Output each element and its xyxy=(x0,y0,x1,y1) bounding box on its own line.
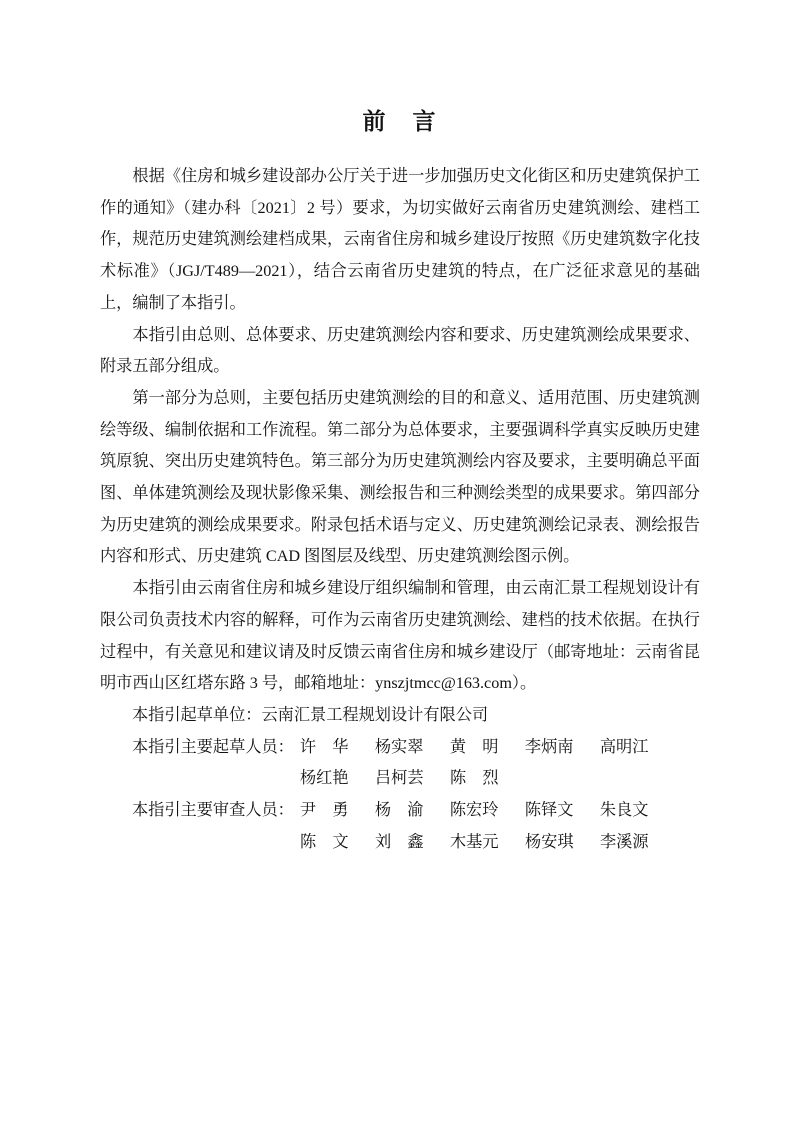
reviewer-name: 朱良文 xyxy=(600,795,649,827)
paragraph-management: 本指引由云南省住房和城乡建设厅组织编制和管理，由云南汇景工程规划设计有限公司负责… xyxy=(100,573,700,700)
drafter-name: 李炳南 xyxy=(525,732,600,764)
drafter-name: 杨红艳 xyxy=(300,763,375,795)
drafter-name: 杨实翠 xyxy=(375,732,450,764)
drafting-unit-name: 云南汇景工程规划设计有限公司 xyxy=(262,700,489,732)
drafting-unit-line: 本指引起草单位： 云南汇景工程规划设计有限公司 xyxy=(100,700,700,732)
document-page: 前 言 根据《住房和城乡建设部办公厅关于进一步加强历史文化街区和历史建筑保护工作… xyxy=(0,0,800,1132)
reviewers-row-2: 陈 文 刘 鑫 木基元 杨安琪 李溪源 xyxy=(300,827,649,859)
reviewer-name: 杨 渝 xyxy=(375,795,450,827)
reviewers-row-1: 尹 勇 杨 渝 陈宏玲 陈铎文 朱良文 xyxy=(300,795,649,827)
drafter-name: 高明江 xyxy=(600,732,649,764)
drafters-row-1: 许 华 杨实翠 黄 明 李炳南 高明江 xyxy=(300,732,649,764)
page-title: 前 言 xyxy=(100,103,700,136)
drafter-name: 陈 烈 xyxy=(450,763,499,795)
reviewers-continuation-line: 陈 文 刘 鑫 木基元 杨安琪 李溪源 xyxy=(100,827,700,859)
reviewer-name: 陈 文 xyxy=(300,827,375,859)
reviewer-name: 陈宏玲 xyxy=(450,795,525,827)
drafters-row-2: 杨红艳 吕柯芸 陈 烈 xyxy=(300,763,499,795)
reviewer-name: 李溪源 xyxy=(600,827,649,859)
drafter-name: 许 华 xyxy=(300,732,375,764)
drafter-name: 黄 明 xyxy=(450,732,525,764)
reviewer-name: 杨安琪 xyxy=(525,827,600,859)
reviewer-name: 尹 勇 xyxy=(300,795,375,827)
drafters-continuation-line: 杨红艳 吕柯芸 陈 烈 xyxy=(100,763,700,795)
credits-section: 本指引起草单位： 云南汇景工程规划设计有限公司 本指引主要起草人员： 许 华 杨… xyxy=(100,700,700,859)
page-content: 前 言 根据《住房和城乡建设部办公厅关于进一步加强历史文化街区和历史建筑保护工作… xyxy=(100,0,700,858)
drafters-label: 本指引主要起草人员： xyxy=(132,732,294,764)
paragraph-composition: 本指引由总则、总体要求、历史建筑测绘内容和要求、历史建筑测绘成果要求、附录五部分… xyxy=(100,320,700,383)
reviewer-name: 陈铎文 xyxy=(525,795,600,827)
drafter-name: 吕柯芸 xyxy=(375,763,450,795)
paragraph-sections: 第一部分为总则，主要包括历史建筑测绘的目的和意义、适用范围、历史建筑测绘等级、编… xyxy=(100,383,700,573)
reviewers-line: 本指引主要审查人员： 尹 勇 杨 渝 陈宏玲 陈铎文 朱良文 xyxy=(100,795,700,827)
reviewers-label: 本指引主要审查人员： xyxy=(132,795,294,827)
reviewer-name: 木基元 xyxy=(450,827,525,859)
drafters-line: 本指引主要起草人员： 许 华 杨实翠 黄 明 李炳南 高明江 xyxy=(100,732,700,764)
reviewer-name: 刘 鑫 xyxy=(375,827,450,859)
drafting-unit-label: 本指引起草单位： xyxy=(132,700,262,732)
paragraph-basis: 根据《住房和城乡建设部办公厅关于进一步加强历史文化街区和历史建筑保护工作的通知》… xyxy=(100,161,700,320)
